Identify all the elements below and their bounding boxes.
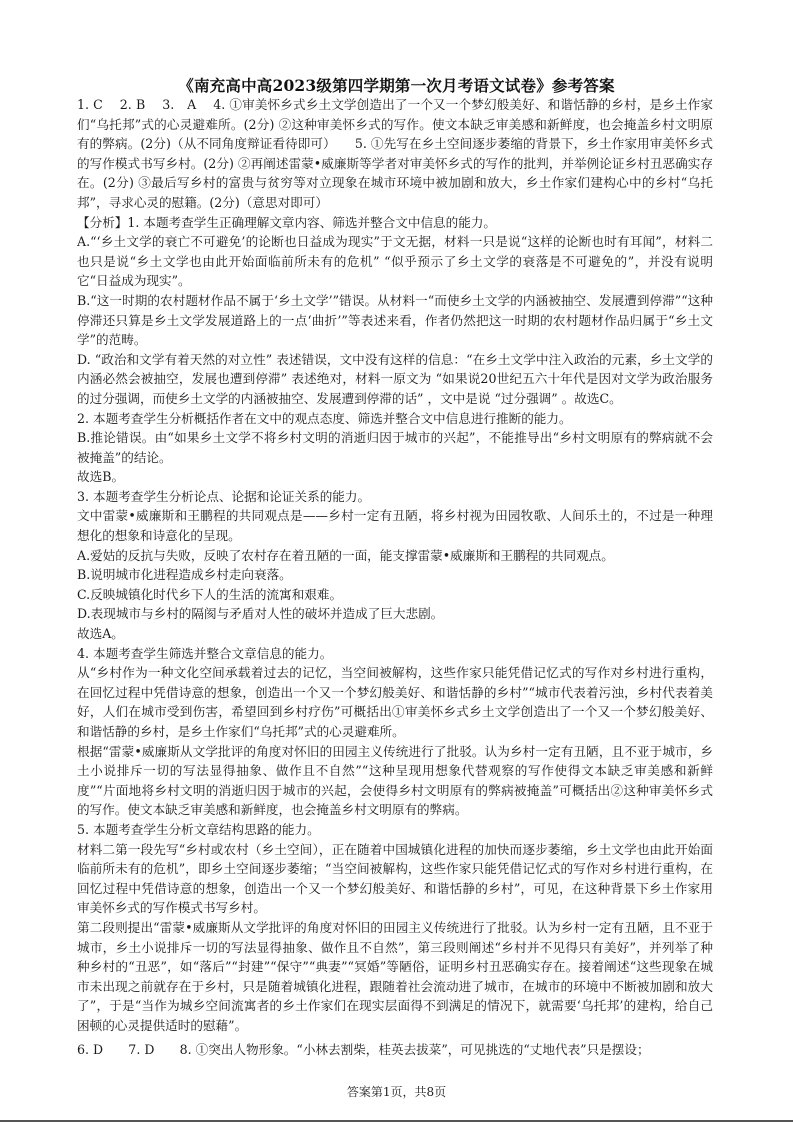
analysis-q5-heading: 5. 本题考查学生分析文章结构思路的能力。 (77, 820, 713, 840)
answers-1-5: 1. C 2. B 3. A 4. ①审美怀乡式乡土文学创造出了一个又一个梦幻般… (77, 95, 713, 213)
analysis-q3-option-d: D.表现城市与乡村的隔阂与矛盾对人性的破坏并造成了巨大悲剧。 (77, 604, 713, 624)
answers-6-8: 6. D 7. D 8. ①突出人物形象。“小林去割柴，桂英去拔菜”，可见挑选的… (77, 1040, 713, 1060)
analysis-q1-option-d: D. “政治和文学有着天然的对立性” 表述错误，文中没有这样的信息：“在乡土文学… (77, 350, 713, 409)
page-footer: 答案第1页，共8页 (0, 1083, 793, 1100)
analysis-q3-option-b: B.说明城市化进程造成乡村走向衰落。 (77, 565, 713, 585)
analysis-q2-option-b: B.推论错误。由“如果乡土文学不将乡村文明的消逝归因于城市的兴起”，不能推导出“… (77, 428, 713, 467)
analysis-q1-option-b: B.“这一时期的农村题材作品不属于‘乡土文学’”错误。从材料一“而使乡土文学的内… (77, 291, 713, 350)
analysis-q3-viewpoint: 文中雷蒙•威廉斯和王鹏程的共同观点是——乡村一定有丑陋，将乡村视为田园牧歌、人间… (77, 506, 713, 545)
document-page: 《南充高中高2023级第四学期第一次月考语文试卷》参考答案 1. C 2. B … (0, 0, 793, 1122)
analysis-q3-heading: 3. 本题考查学生分析论点、论据和论证关系的能力。 (77, 487, 713, 507)
analysis-q3-conclusion: 故选A。 (77, 624, 713, 644)
analysis-q5-para-1: 材料二第一段先写“乡村或农村（乡土空间），正在随着中国城镇化进程的加快而逐步萎缩… (77, 840, 713, 918)
analysis-q1-heading: 【分析】1. 本题考查学生正确理解文章内容、筛选并整合文中信息的能力。 (77, 213, 713, 233)
analysis-q1-option-a: A.“‘乡土文学的衰亡不可避免’的论断也日益成为现实”于文无据，材料一只是说“这… (77, 232, 713, 291)
analysis-q5-para-2: 第二段则提出“雷蒙•威廉斯从文学批评的角度对怀旧的田园主义传统进行了批驳。认为乡… (77, 918, 713, 1036)
analysis-q4-point-2: 根据“雷蒙•威廉斯从文学批评的角度对怀旧的田园主义传统进行了批驳。认为乡村一定有… (77, 742, 713, 820)
analysis-q4-heading: 4. 本题考查学生筛选并整合文章信息的能力。 (77, 644, 713, 664)
document-body: 1. C 2. B 3. A 4. ①审美怀乡式乡土文学创造出了一个又一个梦幻般… (77, 95, 713, 1059)
analysis-q3-option-a: A.爱姑的反抗与失败，反映了农村存在着丑陋的一面，能支撑雷蒙•威廉斯和王鹏程的共… (77, 546, 713, 566)
analysis-q2-conclusion: 故选B。 (77, 467, 713, 487)
analysis-q4-point-1: 从“乡村作为一种文化空间承载着过去的记忆，当空间被解构，这些作家只能凭借记忆式的… (77, 663, 713, 741)
analysis-q3-option-c: C.反映城镇化时代乡下人的生活的流寓和艰难。 (77, 585, 713, 605)
analysis-q2-heading: 2. 本题考查学生分析概括作者在文中的观点态度、筛选并整合文中信息进行推断的能力… (77, 409, 713, 429)
document-title: 《南充高中高2023级第四学期第一次月考语文试卷》参考答案 (0, 74, 793, 96)
